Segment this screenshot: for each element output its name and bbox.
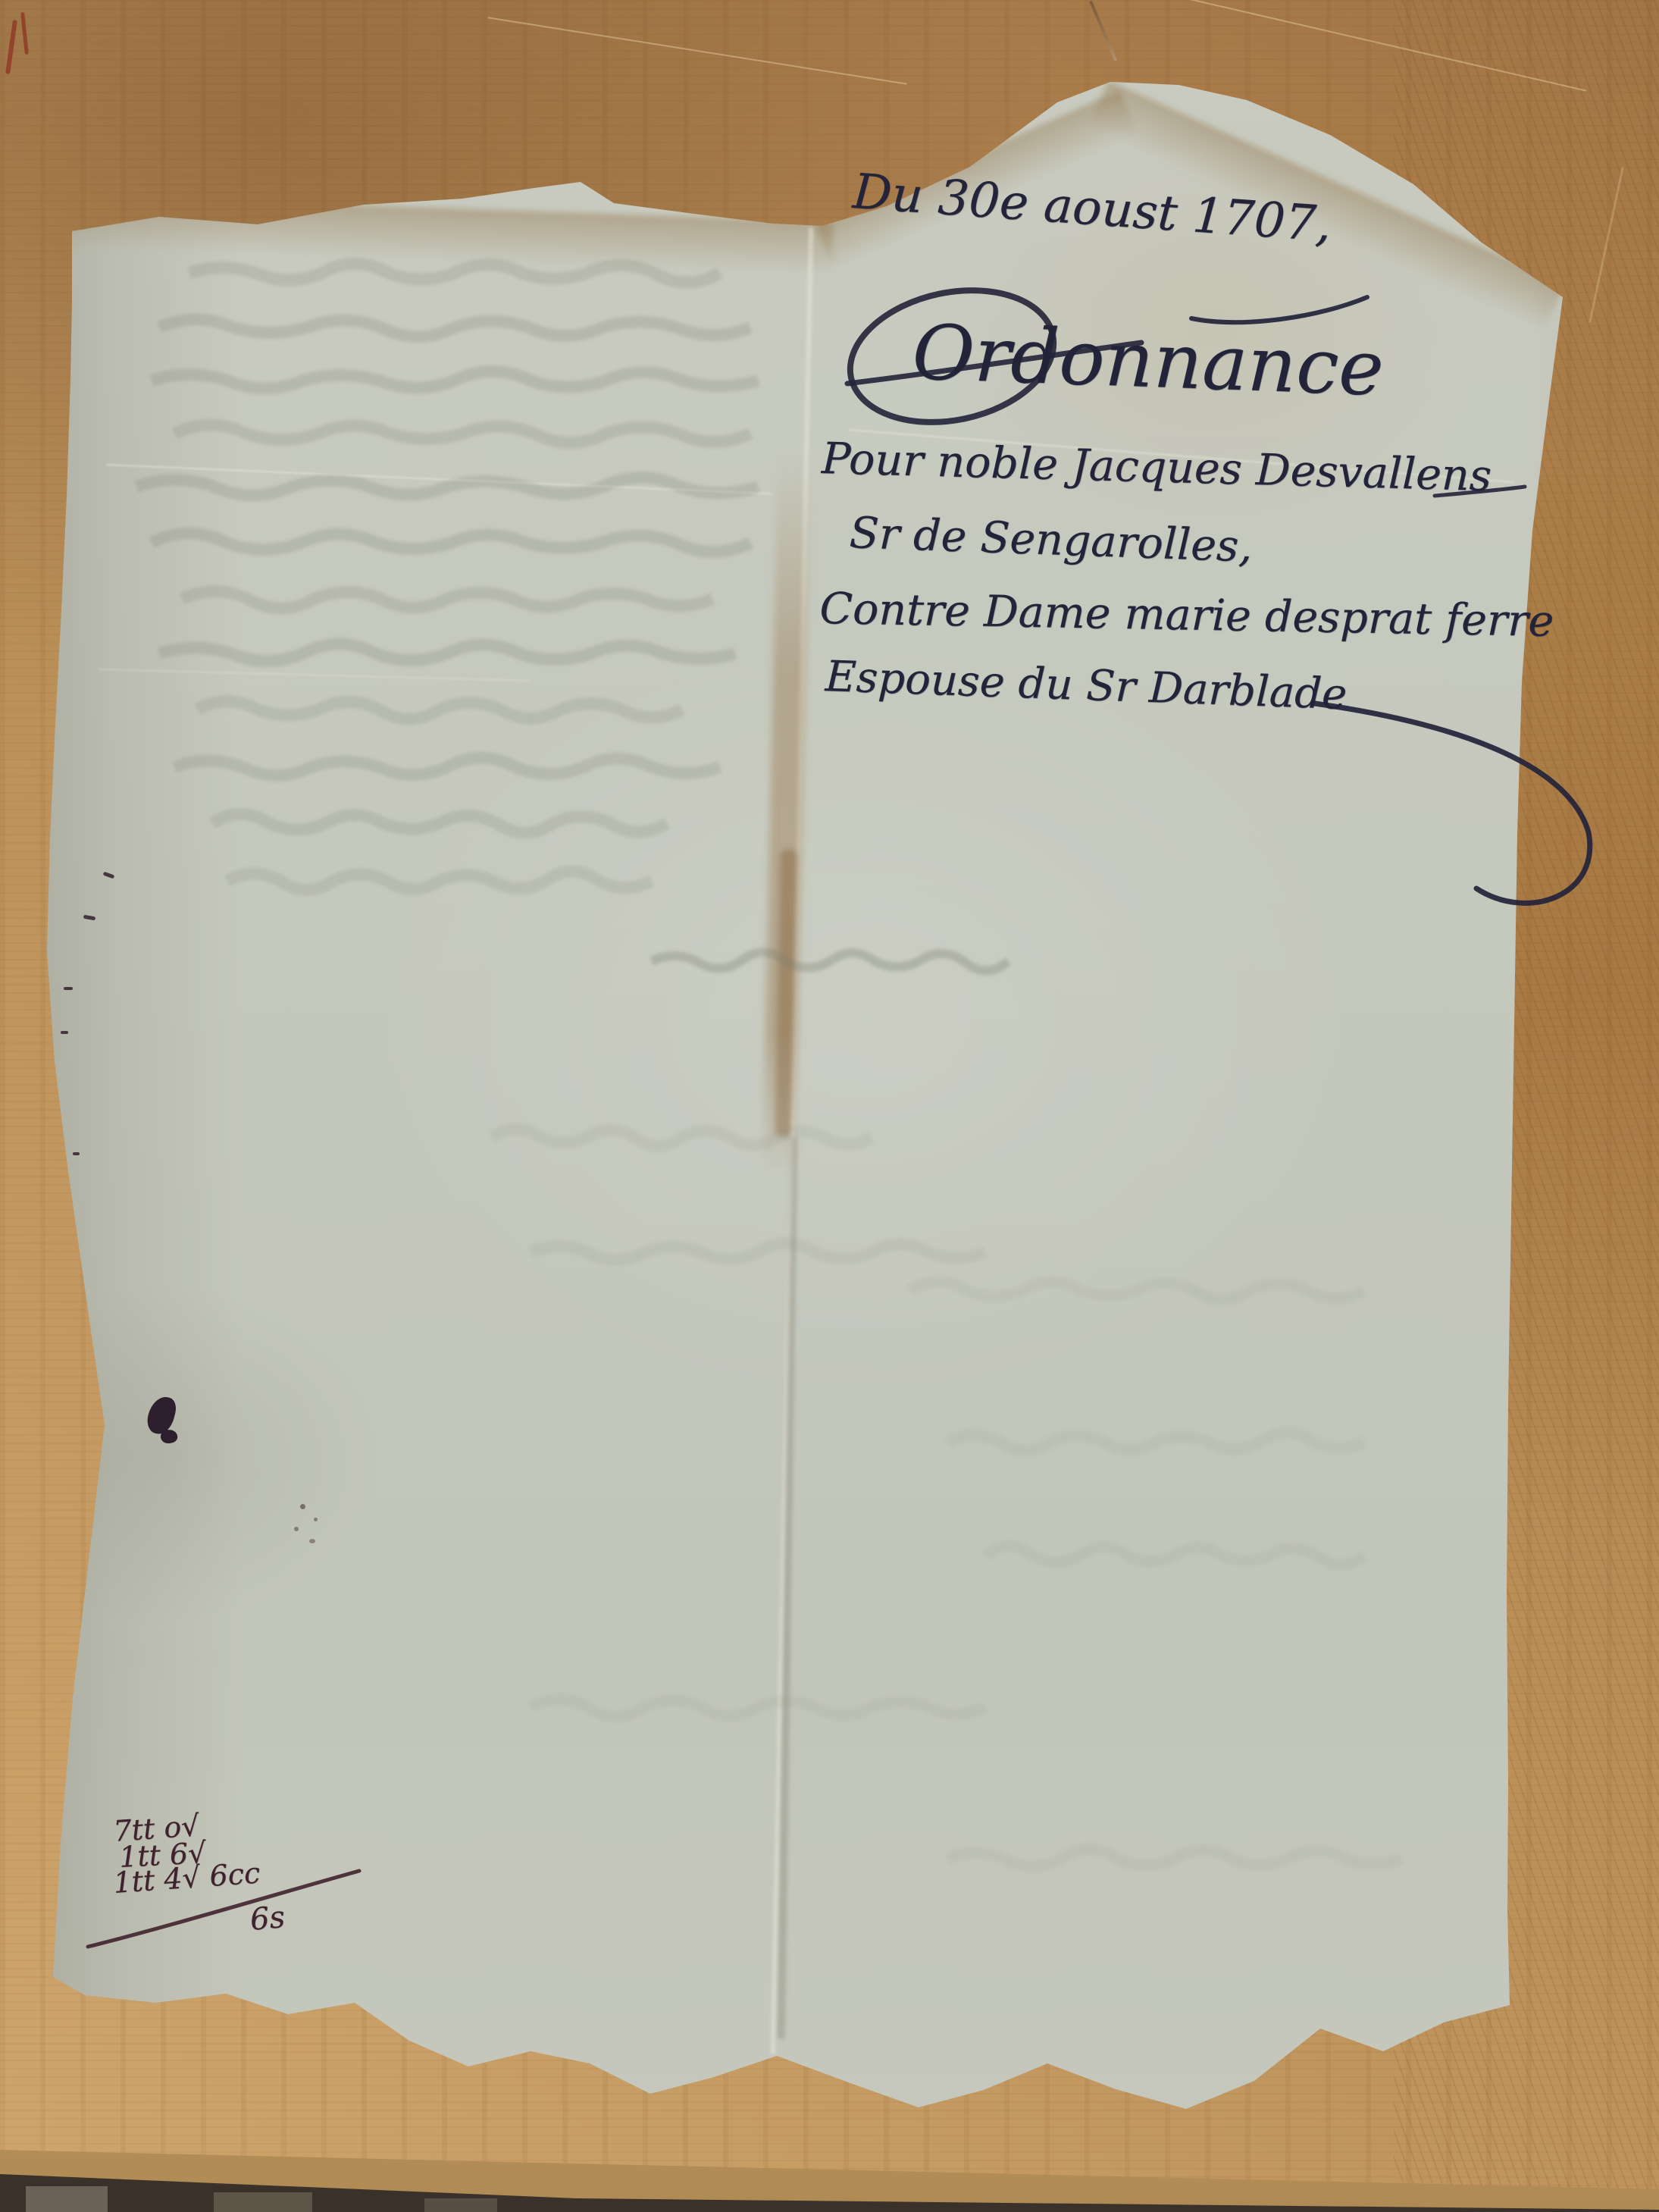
bleed-line xyxy=(159,320,750,337)
bleed-line xyxy=(174,425,750,443)
ink-speckle xyxy=(300,1504,305,1509)
ink-speckle xyxy=(294,1527,299,1531)
bleed-line xyxy=(909,1282,1364,1300)
bleed-line xyxy=(159,644,735,662)
bleed-line xyxy=(652,952,1008,971)
bleed-line xyxy=(174,758,720,776)
bleed-line xyxy=(531,1700,985,1717)
edge-speck xyxy=(61,1031,68,1034)
floor-slat xyxy=(26,2186,108,2212)
paper-crease xyxy=(106,464,772,494)
edge-speck xyxy=(83,915,96,921)
bleed-line xyxy=(152,371,758,389)
floor-slat xyxy=(214,2192,312,2212)
edge-speck xyxy=(73,1152,80,1155)
document-title: Ordonnance xyxy=(911,308,1385,413)
bleed-line xyxy=(985,1546,1364,1565)
bleed-line xyxy=(212,814,667,833)
edge-speck xyxy=(64,987,73,990)
bleed-line xyxy=(947,1433,1364,1451)
marginalia-total: 6s xyxy=(249,1900,286,1938)
bleed-line xyxy=(531,1243,985,1261)
bleed-line xyxy=(152,534,750,553)
bleed-line xyxy=(227,872,652,891)
ink-blot xyxy=(160,1428,179,1445)
photo-scene: Du 30e aoust 1707, Ordonnance Pour noble… xyxy=(0,0,1659,2212)
bleed-line xyxy=(493,1129,872,1147)
bleed-line xyxy=(197,701,682,719)
edge-speck xyxy=(103,872,115,879)
ink-speckle xyxy=(309,1539,315,1543)
bleed-line xyxy=(947,1850,1402,1867)
paper-crease xyxy=(99,669,531,681)
bleed-line xyxy=(182,591,712,609)
floor-slat xyxy=(424,2198,497,2212)
ink-speckle xyxy=(314,1518,318,1521)
